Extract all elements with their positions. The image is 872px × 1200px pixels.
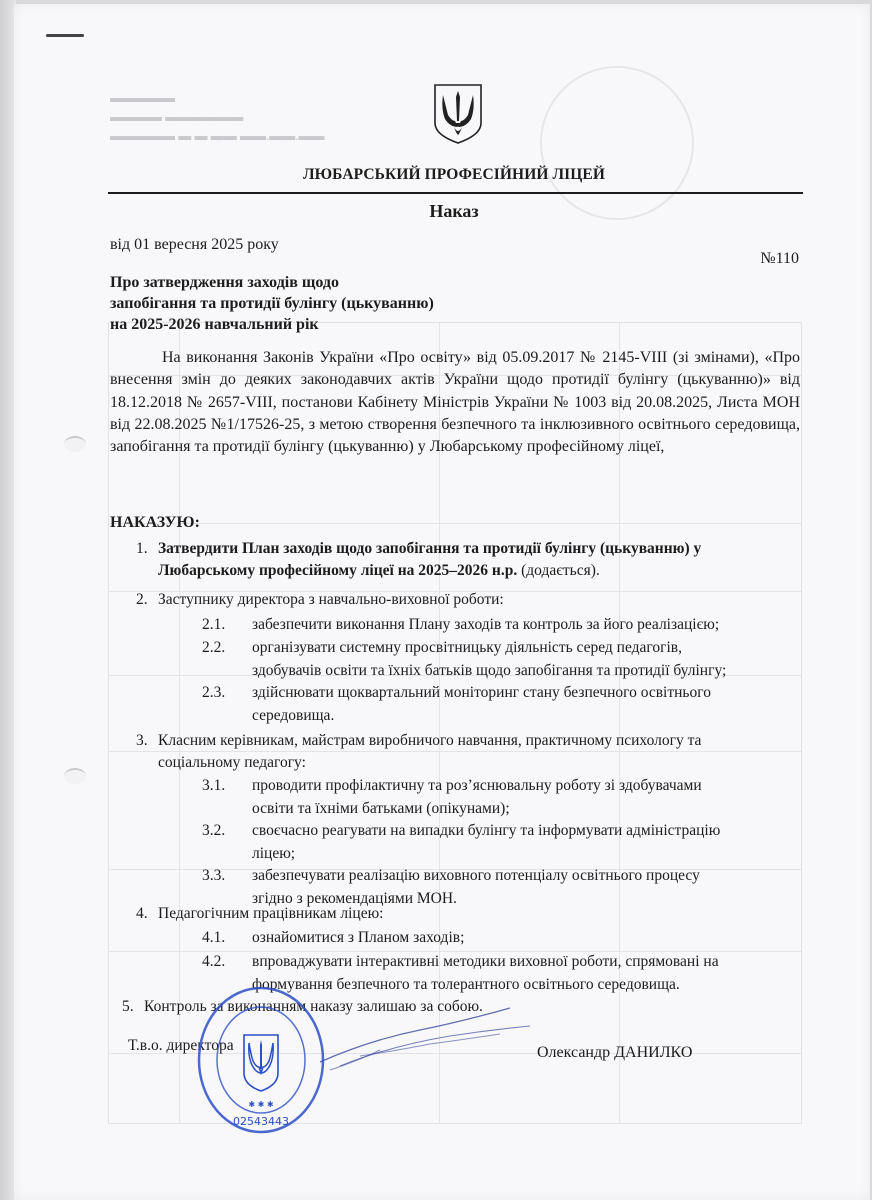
- subject-line: на 2025-2026 навчальний рік: [110, 314, 434, 335]
- item-text: Заступнику директора з навчально-виховно…: [158, 589, 504, 611]
- subitem-number: 4.2.: [202, 951, 225, 974]
- header-divider: [108, 192, 803, 194]
- item-number: 4.: [136, 903, 148, 925]
- item-text-suffix: (додається).: [517, 562, 600, 579]
- document-type-title: Наказ: [108, 201, 800, 222]
- signatory-name: Олександр ДАНИЛКО: [537, 1044, 692, 1062]
- subitem-text: ліцею;: [252, 843, 295, 866]
- item-text: Педагогічним працівникам ліцею:: [158, 903, 383, 925]
- subitem-number: 2.1.: [202, 614, 225, 637]
- subitem-number: 2.2.: [202, 637, 225, 660]
- document-subject: Про затвердження заходів щодо запобіганн…: [110, 272, 434, 335]
- organization-name: ЛЮБАРСЬКИЙ ПРОФЕСІЙНИЙ ЛІЦЕЙ: [108, 166, 800, 184]
- subject-line: запобігання та протидії булінгу (цькуван…: [110, 293, 434, 314]
- subitem-text: здобувачів освіти та їхніх батьків щодо …: [252, 660, 726, 683]
- item-number: 3.: [136, 730, 148, 752]
- item-text: Класним керівникам, майстрам виробничого…: [158, 730, 701, 752]
- subitem-number: 3.1.: [202, 775, 225, 798]
- item-number: 2.: [136, 589, 148, 611]
- order-heading: НАКАЗУЮ:: [110, 514, 200, 532]
- subitem-text: освіти та їхніми батьками (опікунами);: [252, 798, 510, 821]
- handwritten-signature: [300, 1000, 540, 1080]
- subitem-text: ознайомитися з Планом заходів;: [252, 927, 464, 950]
- subitem-text: проводити профілактичну та роз’яснювальн…: [252, 775, 702, 798]
- subitem-number: 3.3.: [202, 865, 225, 888]
- subject-line: Про затвердження заходів щодо: [110, 272, 434, 293]
- item-text: Затвердити План заходів щодо запобігання…: [158, 540, 701, 557]
- preamble-paragraph: На виконання Законів України «Про освіту…: [110, 347, 800, 458]
- item-number: 5.: [122, 996, 134, 1018]
- subitem-number: 3.2.: [202, 820, 225, 843]
- subitem-number: 4.1.: [202, 927, 225, 950]
- subitem-text: своєчасно реагувати на випадки булінгу т…: [252, 820, 720, 843]
- subitem-text: впроваджувати інтерактивні методики вихо…: [252, 951, 719, 974]
- coat-of-arms-trident-icon: [432, 83, 484, 145]
- svg-text:02543443: 02543443: [233, 1115, 289, 1128]
- official-seal-icon: 02543443 ✱ ✱ ✱: [196, 985, 326, 1135]
- item-text: Любарському професійному ліцеї на 2025–2…: [158, 562, 517, 579]
- item-text: соціальному педагогу:: [158, 752, 306, 774]
- subitem-text: забезпечити виконання Плану заходів та к…: [252, 614, 719, 637]
- item-number: 1.: [136, 538, 148, 560]
- document-number: №110: [760, 250, 799, 268]
- subitem-number: 2.3.: [202, 682, 225, 705]
- document-content: ЛЮБАРСЬКИЙ ПРОФЕСІЙНИЙ ЛІЦЕЙ Наказ від 0…: [0, 0, 872, 1200]
- subitem-text: організувати системну просвітницьку діял…: [252, 637, 682, 660]
- subitem-text: середовища.: [252, 705, 334, 728]
- svg-text:✱ ✱ ✱: ✱ ✱ ✱: [248, 1100, 273, 1109]
- subitem-text: здійснювати щоквартальний моніторинг ста…: [252, 682, 711, 705]
- subitem-text: забезпечувати реалізацію виховного потен…: [252, 865, 700, 888]
- document-date: від 01 вересня 2025 року: [110, 236, 279, 254]
